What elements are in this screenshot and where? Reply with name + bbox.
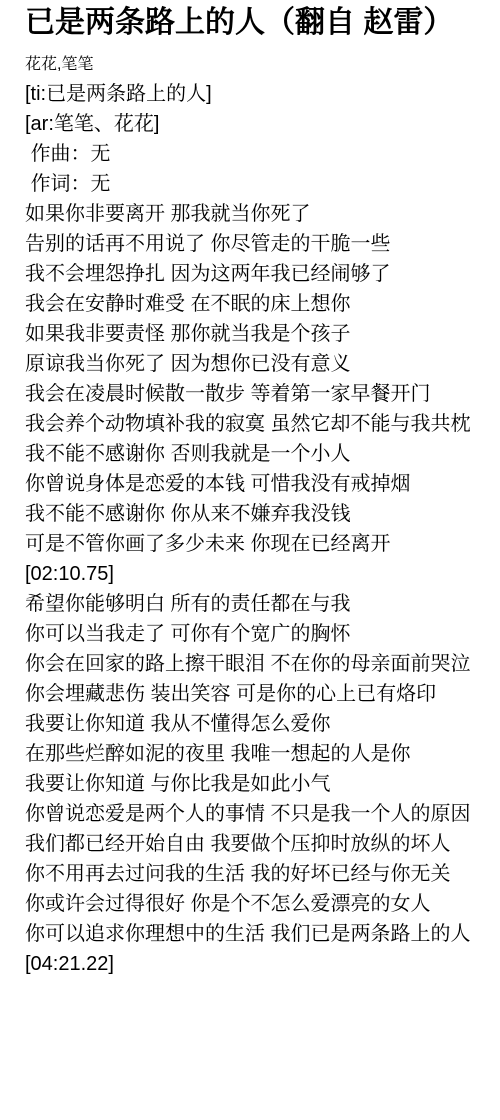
lyric-line: [ti:已是两条路上的人] [25, 79, 490, 109]
song-artists: 花花,笔笔 [25, 53, 490, 77]
lyric-line: 我要让你知道 我从不懂得怎么爱你 [25, 709, 490, 739]
lyric-line: 作词：无 [25, 169, 490, 199]
lyric-line: 你不用再去过问我的生活 我的好坏已经与你无关 [25, 859, 490, 889]
lyric-line: 作曲：无 [25, 139, 490, 169]
lyric-line: 我会养个动物填补我的寂寞 虽然它却不能与我共枕 [25, 409, 490, 439]
lyric-line: [02:10.75] [25, 559, 490, 589]
lyric-line: 如果你非要离开 那我就当你死了 [25, 199, 490, 229]
lyric-line: 你曾说恋爱是两个人的事情 不只是我一个人的原因 [25, 799, 490, 829]
lyrics-page: 已是两条路上的人（翻自 赵雷） 花花,笔笔 [ti:已是两条路上的人][ar:笔… [0, 0, 500, 1120]
lyric-line: 希望你能够明白 所有的责任都在与我 [25, 589, 490, 619]
lyric-line: 你可以追求你理想中的生活 我们已是两条路上的人 [25, 919, 490, 949]
lyrics-body: [ti:已是两条路上的人][ar:笔笔、花花] 作曲：无 作词：无如果你非要离开… [25, 79, 490, 979]
lyric-line: 如果我非要责怪 那你就当我是个孩子 [25, 319, 490, 349]
lyric-line: 你曾说身体是恋爱的本钱 可惜我没有戒掉烟 [25, 469, 490, 499]
lyric-line: [ar:笔笔、花花] [25, 109, 490, 139]
lyric-line: [04:21.22] [25, 949, 490, 979]
lyric-line: 原谅我当你死了 因为想你已没有意义 [25, 349, 490, 379]
lyric-line: 我不能不感谢你 否则我就是一个小人 [25, 439, 490, 469]
lyric-line: 我们都已经开始自由 我要做个压抑时放纵的坏人 [25, 829, 490, 859]
song-title: 已是两条路上的人（翻自 赵雷） [25, 5, 490, 41]
lyric-line: 我不会埋怨挣扎 因为这两年我已经闹够了 [25, 259, 490, 289]
lyric-line: 告别的话再不用说了 你尽管走的干脆一些 [25, 229, 490, 259]
lyric-line: 我不能不感谢你 你从来不嫌弃我没钱 [25, 499, 490, 529]
lyric-line: 你会埋藏悲伤 装出笑容 可是你的心上已有烙印 [25, 679, 490, 709]
lyric-line: 你会在回家的路上擦干眼泪 不在你的母亲面前哭泣 [25, 649, 490, 679]
lyric-line: 我会在安静时难受 在不眠的床上想你 [25, 289, 490, 319]
lyric-line: 可是不管你画了多少未来 你现在已经离开 [25, 529, 490, 559]
lyric-line: 在那些烂醉如泥的夜里 我唯一想起的人是你 [25, 739, 490, 769]
lyric-line: 我会在凌晨时候散一散步 等着第一家早餐开门 [25, 379, 490, 409]
lyric-line: 你可以当我走了 可你有个宽广的胸怀 [25, 619, 490, 649]
lyric-line: 你或许会过得很好 你是个不怎么爱漂亮的女人 [25, 889, 490, 919]
lyric-line: 我要让你知道 与你比我是如此小气 [25, 769, 490, 799]
